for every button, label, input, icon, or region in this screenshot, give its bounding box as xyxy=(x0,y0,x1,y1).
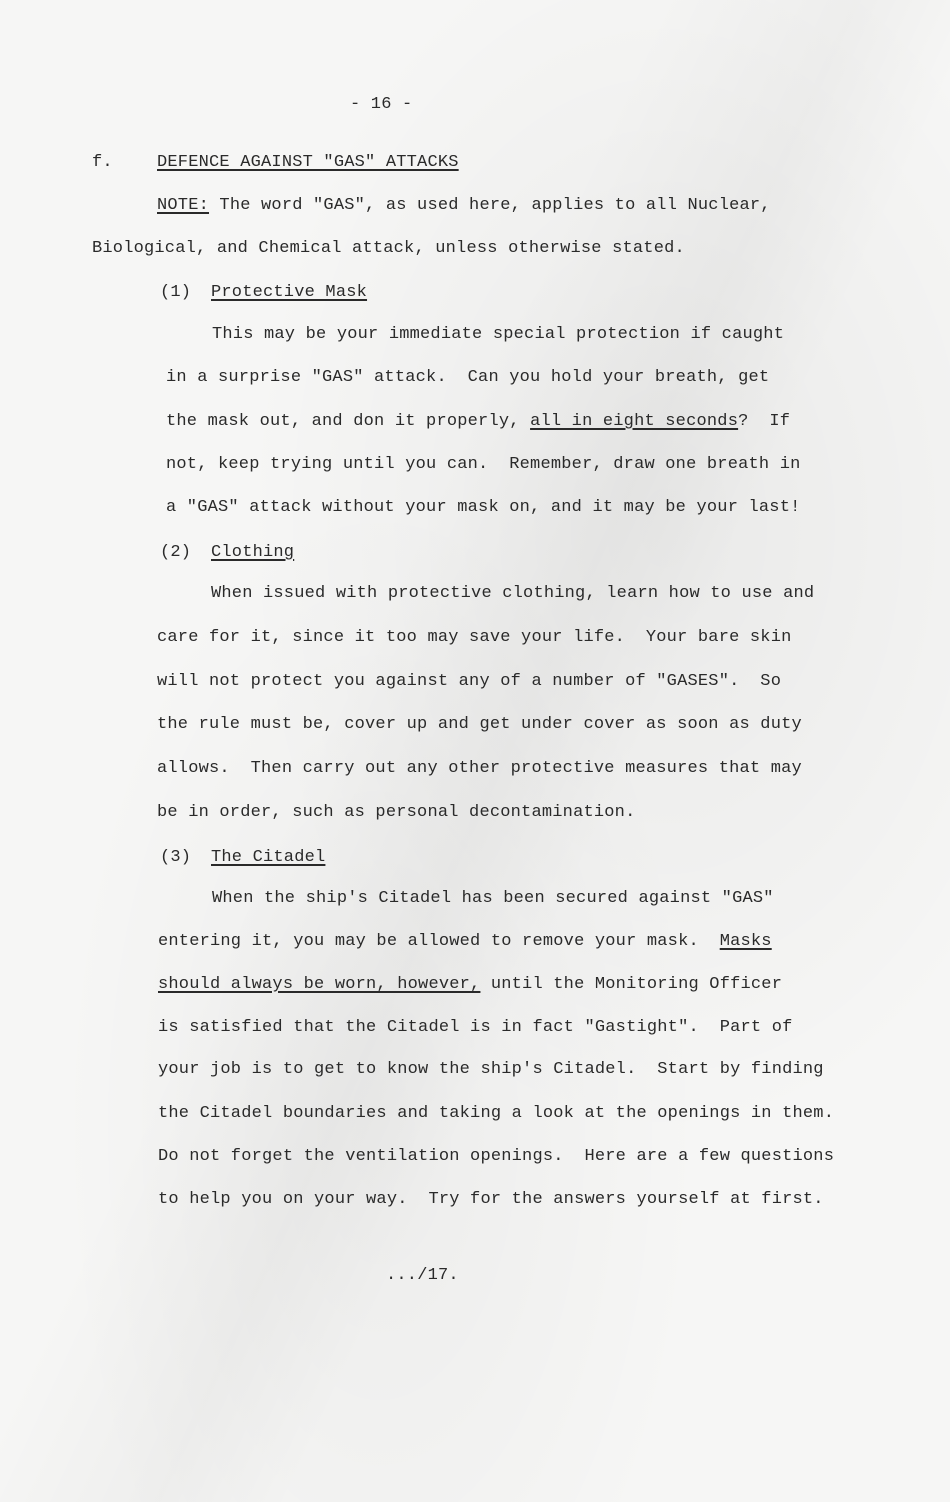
paragraph-line: the mask out, and don it properly, all i… xyxy=(166,412,790,432)
subsection-title-the-citadel: The Citadel xyxy=(211,848,325,868)
paragraph-line: When the ship's Citadel has been secured… xyxy=(212,889,774,909)
paragraph-line: should always be worn, however, until th… xyxy=(158,975,782,995)
paragraph-line: entering it, you may be allowed to remov… xyxy=(158,932,772,952)
section-letter: f. xyxy=(92,153,113,173)
emphasis-underlined: Masks xyxy=(720,932,772,951)
paragraph-line: allows. Then carry out any other protect… xyxy=(157,759,802,779)
subsection-title-clothing: Clothing xyxy=(211,543,294,563)
paragraph-line: is satisfied that the Citadel is in fact… xyxy=(158,1018,793,1038)
page-number: - 16 - xyxy=(350,95,412,115)
continuation-marker: .../17. xyxy=(386,1266,459,1286)
subsection-title-protective-mask: Protective Mask xyxy=(211,283,367,303)
emphasis-underlined: should always be worn, however, xyxy=(158,975,480,994)
subsection-number-2: (2) xyxy=(160,543,191,563)
paragraph-line: a "GAS" attack without your mask on, and… xyxy=(166,498,801,518)
paragraph-line: This may be your immediate special prote… xyxy=(212,325,784,345)
paragraph-line: When issued with protective clothing, le… xyxy=(211,584,814,604)
paragraph-line: to help you on your way. Try for the ans… xyxy=(158,1190,824,1210)
text-run: entering it, you may be allowed to remov… xyxy=(158,932,720,951)
subsection-number-3: (3) xyxy=(160,848,191,868)
text-run: the mask out, and don it properly, xyxy=(166,412,530,431)
paragraph-line: your job is to get to know the ship's Ci… xyxy=(158,1060,824,1080)
note-label: NOTE: xyxy=(157,196,209,215)
subsection-number-1: (1) xyxy=(160,283,191,303)
note-paragraph: NOTE: The word "GAS", as used here, appl… xyxy=(157,196,771,216)
paragraph-line: care for it, since it too may save your … xyxy=(157,628,792,648)
document-page: - 16 - f. DEFENCE AGAINST "GAS" ATTACKS … xyxy=(0,0,950,1502)
text-run: ? If xyxy=(738,412,790,431)
paragraph-line: the Citadel boundaries and taking a look… xyxy=(158,1104,834,1124)
paragraph-line: will not protect you against any of a nu… xyxy=(157,672,781,692)
paragraph-line: not, keep trying until you can. Remember… xyxy=(166,455,801,475)
section-title: DEFENCE AGAINST "GAS" ATTACKS xyxy=(157,153,459,173)
text-run: until the Monitoring Officer xyxy=(480,975,782,994)
note-text-continued: Biological, and Chemical attack, unless … xyxy=(92,239,685,259)
paragraph-line: the rule must be, cover up and get under… xyxy=(157,715,802,735)
note-text: The word "GAS", as used here, applies to… xyxy=(209,196,771,215)
paragraph-line: be in order, such as personal decontamin… xyxy=(157,803,635,823)
paragraph-line: Do not forget the ventilation openings. … xyxy=(158,1147,834,1167)
paragraph-line: in a surprise "GAS" attack. Can you hold… xyxy=(166,368,769,388)
emphasis-underlined: all in eight seconds xyxy=(530,412,738,431)
